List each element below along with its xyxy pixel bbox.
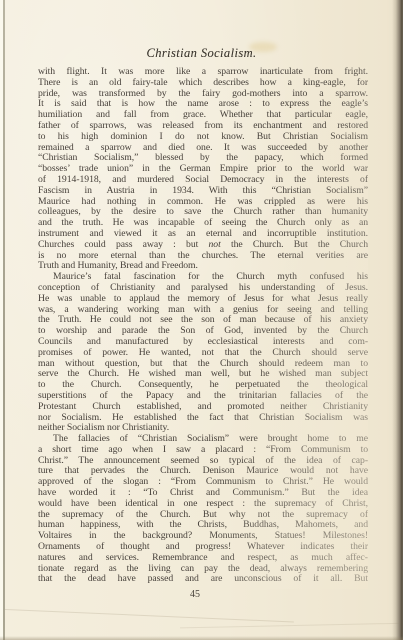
text-line: The fallacies of “Christian Socialism” w… — [38, 434, 368, 445]
text-line: conception of Christianity and paralysed… — [38, 283, 368, 294]
page-left-edge-line — [3, 0, 5, 640]
text-line: Christ.” The announcement seemed so typi… — [38, 456, 368, 467]
text-line: “bosses’ trade union” in the German Empi… — [38, 164, 368, 175]
text-line: Maurice had nothing in common. He was cr… — [38, 197, 368, 208]
page-bottom-edge — [0, 636, 403, 640]
text-line: the Truth. He could not see the son of m… — [38, 315, 368, 326]
paper-crease — [180, 623, 403, 629]
text-line: It is said that is how the name arose : … — [38, 99, 368, 110]
text-line: Voltaires in the background? Monuments, … — [38, 531, 368, 542]
text-line: father of sparrows, was released from it… — [38, 121, 368, 132]
text-line: There is an old fairy-tale which describ… — [38, 78, 368, 89]
text-line: to worship and parade the Son of God, in… — [38, 326, 368, 337]
text-line: colleagues, by the desire to save the Ch… — [38, 207, 368, 218]
text-line: Protestant Church established, and promo… — [38, 402, 368, 413]
text-line: Fascism in Austria in 1934. With this “C… — [38, 186, 368, 197]
text-line: instrument and viewed it as an eternal a… — [38, 229, 368, 240]
text-line: serve the Church. He wished man well, bu… — [38, 369, 368, 380]
text-line: “Christian Socialism,” blessed by the pa… — [38, 153, 368, 164]
text-line: was, a wandering working man with a geni… — [38, 305, 368, 316]
text-line: and the truth. He was incapable of seein… — [38, 218, 368, 229]
text-line: approved of the slogan : “From Communism… — [38, 477, 368, 488]
text-line: promises of power. He wanted, not that t… — [38, 348, 368, 359]
text-line: would have been identical in one respect… — [38, 499, 368, 510]
text-line: nor Socialism. He established the fact t… — [38, 413, 368, 424]
text-line: to the Church. Consequently, he perpetua… — [38, 380, 368, 391]
text-line: remained a sparrow and died one. It was … — [38, 143, 368, 154]
text-line: He was unable to applaud the memory of J… — [38, 294, 368, 305]
text-line: human happiness, with the Christs, Buddh… — [38, 520, 368, 531]
text-line: pride, was transformed by the fairy god-… — [38, 89, 368, 100]
text-line: Truth and Humanity, Bread and Freedom. — [38, 261, 368, 272]
text-line: that the dead have passed and are uncons… — [38, 574, 368, 585]
paper-crease — [0, 608, 294, 622]
text-line: a short time ago when I saw a placard : … — [38, 445, 368, 456]
text-line: the supremacy of the Church. But why not… — [38, 510, 368, 521]
text-line: is no more eternal than the churches. Th… — [38, 251, 368, 262]
text-line: Churches could pass away : but not the C… — [38, 240, 368, 251]
text-line: to his high dominion I do not know. But … — [38, 132, 368, 143]
page-right-edge — [392, 0, 403, 640]
text-line: tionate regard as the living can pay the… — [38, 564, 368, 575]
text-line: ture that pervades the Church. Denison M… — [38, 466, 368, 477]
text-block: with flight. It was more like a sparrow … — [38, 67, 368, 585]
text-line: of 1914-1918, and murdered Social Democr… — [38, 175, 368, 186]
text-line: Ornaments of thought and progress! Whate… — [38, 542, 368, 553]
page-number: 45 — [30, 589, 360, 600]
scanned-book-page: Christian Socialism. with flight. It was… — [0, 0, 403, 640]
text-line: natures and services. Remembrance and re… — [38, 553, 368, 564]
text-line: Maurice’s fatal fascination for the Chur… — [38, 272, 368, 283]
text-line: neither Socialism nor Christianity. — [38, 423, 368, 434]
text-line: with flight. It was more like a sparrow … — [38, 67, 368, 78]
text-line: superstitions of the Papacy and the trin… — [38, 391, 368, 402]
running-title: Christian Socialism. — [0, 46, 403, 61]
text-line: have worded it : “To Christ and Communis… — [38, 488, 368, 499]
text-line: humiliation and fall from grace. Whether… — [38, 110, 368, 121]
text-line: Councils and manufactured by ecclesiasti… — [38, 337, 368, 348]
text-line: man without question, but that the Churc… — [38, 359, 368, 370]
